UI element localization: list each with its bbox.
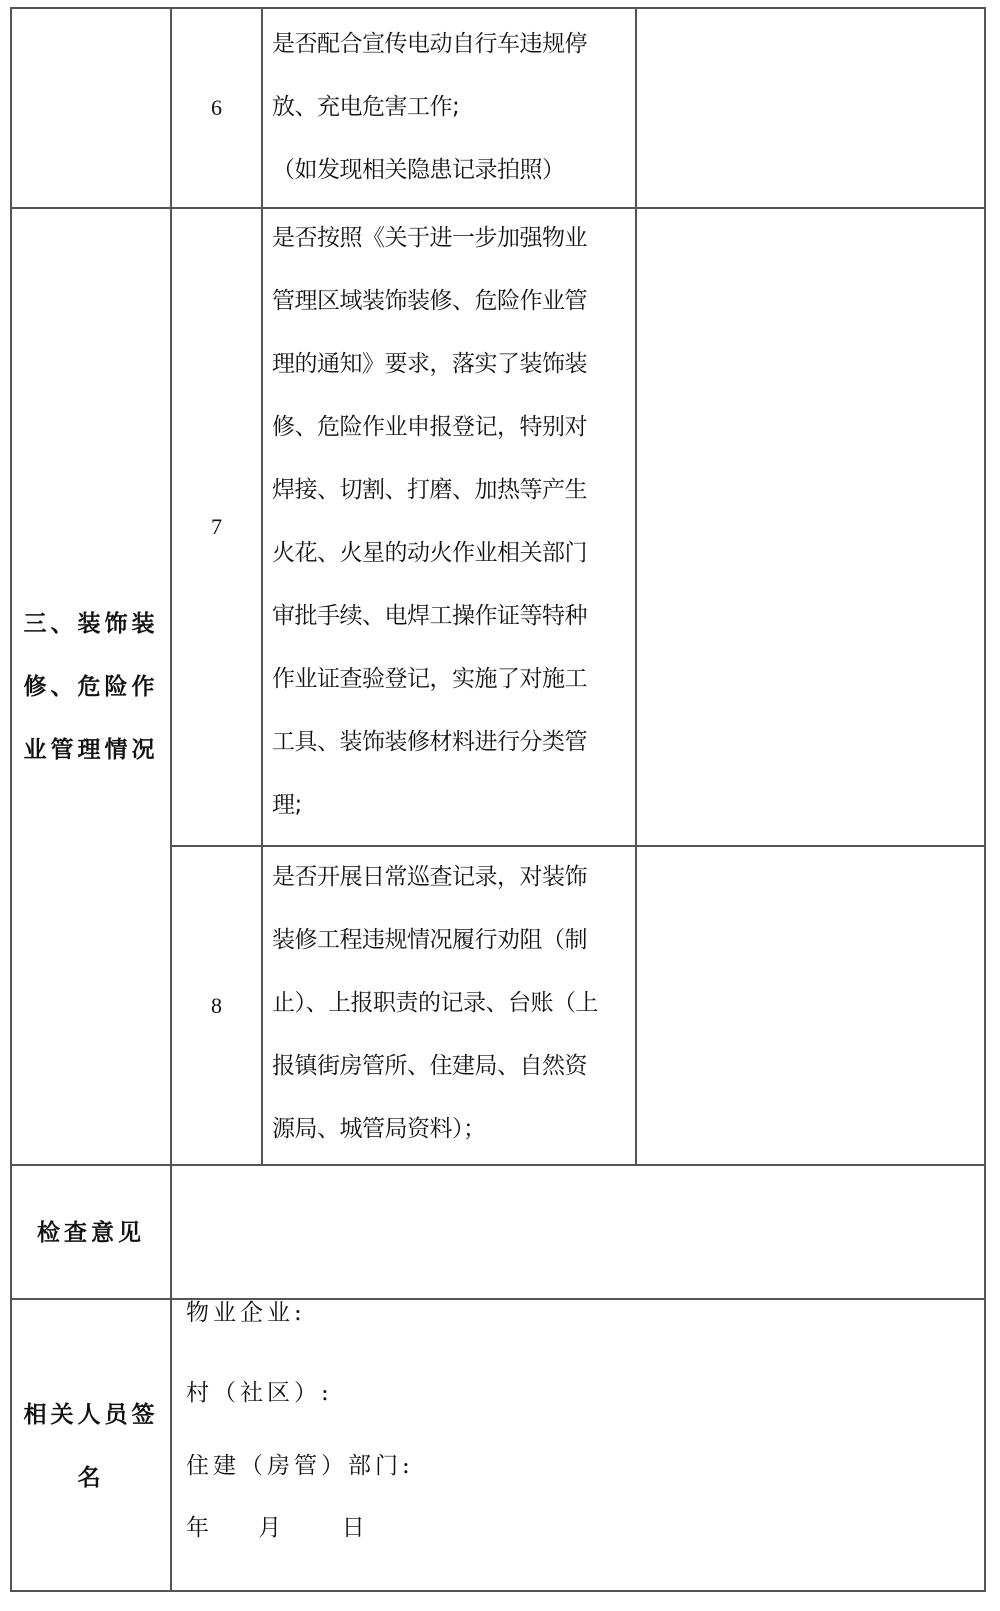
signature-fields: 物业企业: 村（社区）: 住建（房管）部门: 年 月 日 bbox=[172, 1300, 986, 1592]
content-line: 源局、城管局资料）； bbox=[272, 1098, 635, 1161]
category-line: 修、危险作 bbox=[24, 655, 159, 718]
content-line: 修、危险作业申报登记，特别对 bbox=[272, 396, 635, 459]
item-content-6: 是否配合宣传电动自行车违规停 放、充电危害工作; （如发现相关隐患记录拍照） bbox=[263, 13, 635, 202]
item-result-7[interactable] bbox=[637, 209, 986, 845]
community-signature[interactable]: 村（社区）: bbox=[186, 1372, 333, 1414]
item-result-6[interactable] bbox=[637, 9, 986, 207]
content-line: 放、充电危害工作; bbox=[272, 76, 635, 139]
content-line: 是否开展日常巡查记录，对装饰 bbox=[272, 846, 635, 909]
content-line: 审批手续、电焊工操作证等特种 bbox=[272, 585, 635, 648]
inspection-opinion-field[interactable] bbox=[172, 1166, 986, 1298]
signature-label-line: 相关人员签 bbox=[24, 1383, 159, 1446]
property-company-signature[interactable]: 物业企业: bbox=[186, 1292, 306, 1334]
item-number-8: 8 bbox=[172, 847, 261, 1164]
category-label: 三、装饰装 修、危险作 业管理情况 bbox=[12, 209, 170, 1164]
content-line: 报镇街房管所、住建局、自然资 bbox=[272, 1035, 635, 1098]
item-number-7: 7 bbox=[172, 209, 261, 845]
content-line: （如发现相关隐患记录拍照） bbox=[272, 139, 635, 202]
housing-dept-signature[interactable]: 住建（房管）部门: bbox=[186, 1445, 414, 1487]
content-line: 管理区域装饰装修、危险作业管 bbox=[272, 270, 635, 333]
signature-date[interactable]: 年 月 日 bbox=[186, 1507, 369, 1549]
content-line: 理; bbox=[272, 774, 635, 837]
category-line: 业管理情况 bbox=[24, 718, 159, 781]
category-line: 三、装饰装 bbox=[24, 592, 159, 655]
content-line: 工具、装饰装修材料进行分类管 bbox=[272, 711, 635, 774]
signature-label-line: 名 bbox=[78, 1446, 105, 1509]
item-result-8[interactable] bbox=[637, 847, 986, 1164]
content-line: 焊接、切割、打磨、加热等产生 bbox=[272, 459, 635, 522]
item-number-6: 6 bbox=[172, 9, 261, 207]
item-content-7: 是否按照《关于进一步加强物业 管理区域装饰装修、危险作业管 理的通知》要求，落实… bbox=[263, 207, 635, 837]
content-line: 是否按照《关于进一步加强物业 bbox=[272, 207, 635, 270]
inspection-opinion-label: 检查意见 bbox=[12, 1166, 170, 1298]
content-line: 作业证查验登记，实施了对施工 bbox=[272, 648, 635, 711]
inspection-opinion-text: 检查意见 bbox=[37, 1201, 145, 1264]
item-content-8: 是否开展日常巡查记录，对装饰 装修工程违规情况履行劝阻（制 止）、上报职责的记录… bbox=[263, 846, 635, 1161]
content-line: 装修工程违规情况履行劝阻（制 bbox=[272, 909, 635, 972]
content-line: 火花、火星的动火作业相关部门 bbox=[272, 522, 635, 585]
content-line: 理的通知》要求，落实了装饰装 bbox=[272, 333, 635, 396]
content-line: 止）、上报职责的记录、台账（上 bbox=[272, 972, 635, 1035]
content-line: 是否配合宣传电动自行车违规停 bbox=[272, 13, 635, 76]
signature-label: 相关人员签 名 bbox=[12, 1300, 170, 1592]
